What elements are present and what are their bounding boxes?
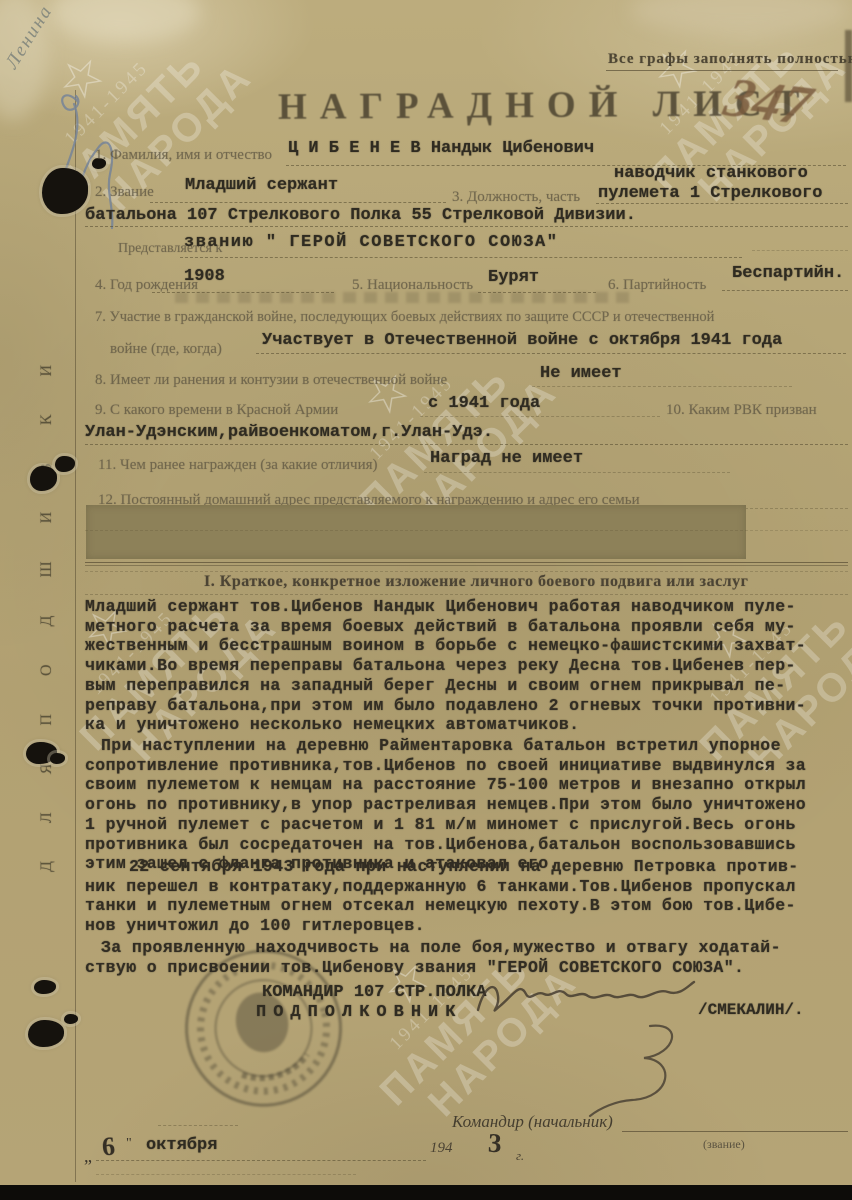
citation-line: вым переправился на западный берег Десны… — [85, 676, 852, 696]
field-1-value: Ц И Б Е Н Е В Нандык Цибенович — [288, 139, 594, 158]
field-6-value: Беспартийн. — [732, 264, 844, 283]
citation-paragraph-2: При наступлении на деревню Райментаровка… — [85, 736, 852, 874]
citation-line: реправу батальона,при этом им было подав… — [85, 696, 852, 716]
commander-title-line: КОМАНДИР 107 СТР.ПОЛКА — [262, 983, 486, 1002]
citation-line: Младший сержант тов.Цибенов Нандык Цибен… — [85, 597, 852, 617]
field-1-label: 1. Фамилия, имя и отчество — [95, 147, 272, 164]
field-9-label: 9. С какого времени в Красной Армии — [95, 402, 338, 419]
citation-line: 1 ручной пулемет с расчетом и 1 81 м/м м… — [85, 815, 852, 835]
citation-line: жественным и бесстрашным воином в борьбе… — [85, 636, 852, 656]
date-open-quote: „ — [84, 1146, 92, 1167]
field-8-label: 8. Имеет ли ранения и контузии в отечест… — [95, 372, 447, 389]
citation-line: танки и пулеметным огнем отсекал немецку… — [85, 896, 852, 916]
paper-wear-patch — [50, 0, 200, 42]
citation-line: ка и уничтожено несколько немецких автом… — [85, 715, 852, 735]
field-8-value: Не имеет — [540, 364, 622, 383]
field-7-label-line2: войне (где, когда) — [110, 341, 222, 358]
field-2-label: 2. Звание — [95, 184, 154, 201]
citation-line: нов уничтожил до 100 гитлеровцев. — [85, 916, 852, 936]
citation-paragraph-3: 22 сентября 1943 года при наступлении на… — [85, 857, 852, 936]
citation-line: При наступлении на деревню Райментаровка… — [85, 736, 852, 756]
date-month: октября — [146, 1136, 217, 1155]
rank-caption: (звание) — [703, 1137, 745, 1152]
field-9-value: с 1941 года — [428, 394, 540, 413]
citation-line: 22 сентября 1943 года при наступлении на… — [85, 857, 852, 877]
field-7-value: Участвует в Отечественной войне с октябр… — [262, 331, 782, 350]
signature-script — [470, 968, 700, 1028]
predstav-value: званию " ГЕРОЙ СОВЕТСКОГО СОЮЗА" — [184, 233, 558, 252]
scan-bottom-edge — [0, 1185, 852, 1200]
citation-line: огонь по противнику,в упор растреливая н… — [85, 795, 852, 815]
paper-wear-patch — [630, 0, 850, 34]
citation-line: сопротивление противника,тов.Цибенов по … — [85, 756, 852, 776]
punch-hole — [55, 456, 75, 472]
commander-rank-line: ПОДПОЛКОВНИК — [256, 1003, 462, 1022]
citation-line: противника был сосредаточен на тов.Цибен… — [85, 835, 852, 855]
handwritten-page-number: 347 — [718, 66, 818, 139]
field-11-label: 11. Чем ранее награжден (за какие отличи… — [98, 457, 378, 474]
field-10-value: Улан-Удэнским,райвоенкоматом,г.Улан-Удэ. — [85, 423, 493, 442]
signature-flourish — [580, 1020, 700, 1120]
watermark-years: 1941-1945 — [316, 322, 508, 514]
field-11-value: Наград не имеет — [430, 449, 583, 468]
date-year-printed: 194 — [430, 1140, 453, 1157]
fill-all-fields-note: Все графы заполнять полностью — [608, 51, 852, 68]
field-3-value-line2: пулемета 1 Стрелкового — [598, 184, 822, 203]
citation-line: За проявленную находчивость на поле боя,… — [85, 938, 852, 958]
field-3-value-line1: наводчик станкового — [614, 164, 808, 183]
date-year-digit-handwritten: 3 — [487, 1128, 502, 1160]
citation-line: чиками.Во время переправы батальона чере… — [85, 656, 852, 676]
field-2-value: Младший сержант — [185, 176, 338, 195]
field-3-value-line3: батальона 107 Стрелкового Полка 55 Стрел… — [85, 206, 636, 225]
commander-name: /СМЕКАЛИН/. — [698, 1001, 804, 1019]
punch-hole — [34, 980, 56, 994]
date-close-quote: " — [126, 1136, 132, 1152]
binding-margin-text: Д Л Я П О Д Ш И В К И — [38, 348, 56, 872]
citation-section-heading: I. Краткое, конкретное изложение личного… — [204, 573, 748, 591]
citation-line: метного расчета за время боевых действий… — [85, 617, 852, 637]
field-3-label: 3. Должность, часть — [452, 189, 580, 206]
field-4-value: 1908 — [184, 267, 225, 286]
award-sheet-document: ☆ 1941-1945 ПАМЯТЬ НАРОДА ☆ 1941-1945 ПА… — [0, 0, 852, 1200]
citation-paragraph-1: Младший сержант тов.Цибенов Нандык Цибен… — [85, 597, 852, 735]
punch-hole — [50, 753, 65, 764]
punch-hole — [28, 1020, 64, 1047]
field-7-label-line1: 7. Участие в гражданской войне, последую… — [95, 309, 714, 326]
citation-line: ник перешел в контратаку,поддержанную 6 … — [85, 877, 852, 897]
field-10-label: 10. Каким РВК призван — [666, 402, 817, 419]
ink-bleed-artifact — [175, 292, 635, 303]
commander-signature-label: Командир (начальник) — [452, 1112, 613, 1132]
date-day-handwritten: 6 — [101, 1132, 116, 1163]
date-year-suffix: г. — [516, 1148, 524, 1164]
redaction-block — [86, 505, 746, 559]
citation-line: своим пулеметом к немцам на расстояние 7… — [85, 775, 852, 795]
field-5-value: Бурят — [488, 268, 539, 287]
